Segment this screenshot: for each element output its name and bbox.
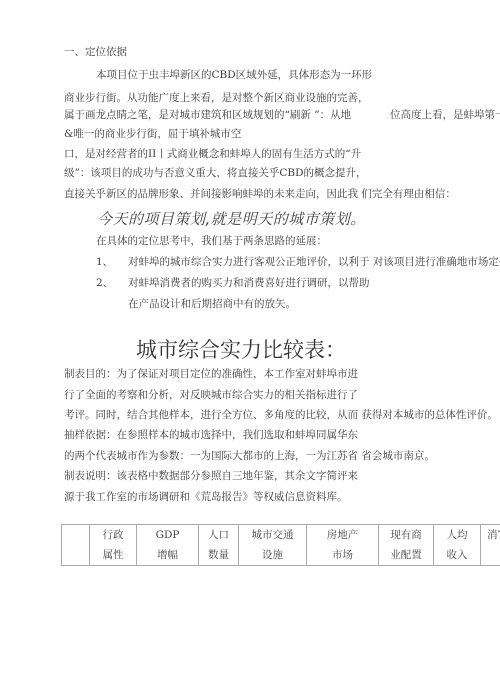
paragraph-line: 属于画龙点睛之笔，是对城市建筑和区域规划的“刷新 ”：从地 [64, 108, 351, 122]
comparison-line: 考评。同时，结合其他样本，进行全方位、多角度的比较，从而 获得对本城市的总体性评… [64, 408, 498, 422]
table-header-cell [62, 525, 90, 566]
comparison-table: 行政属性 GDP增幅 人口数量 城市交通设施 房地产市场 现有商业配置 人均收入… [61, 524, 500, 566]
table-header-cell: 房地产市场 [307, 525, 379, 566]
table-header-cell: 城市交通设施 [239, 525, 307, 566]
table-header-cell: 现有商业配置 [379, 525, 434, 566]
comparison-line: 的两个代表城市作为参数：一为国际大都市的上海，一为江苏省 省会城市南京。 [64, 449, 435, 463]
table-header-cell: 人口数量 [199, 525, 239, 566]
paragraph-line: 级”：该项目的成功与否意义重大，将直接关乎CBD的概念提升， [64, 166, 367, 180]
list-item-text: 对蚌埠消费者的购买力和消费喜好进行调研，以帮助 [128, 276, 370, 290]
comparison-line: 抽样依据：在参照样本的城市选择中，我们选取和蚌埠同属华东 [64, 428, 358, 442]
paragraph-line: &唯一的商业步行街，屈于填补城市空 [64, 127, 241, 141]
list-item-continuation: 在产品设计和后期招商中有的放矢。 [128, 297, 296, 311]
table-header-cell: 人均收入 [434, 525, 481, 566]
intro-line: 在具体的定位思考中，我们基于两条思路的延展： [96, 234, 327, 248]
list-number: 1、 [96, 255, 113, 269]
comparison-line: 行了全面的考察和分析，对反映城市综合实力的相关指标进行了 [64, 388, 358, 402]
comparison-line: 制表目的：为了保证对项目定位的准确性，本工作室对蚌埠市进 [64, 367, 358, 381]
comparison-line: 源于我工作室的市场调研和《荒岛报告》等权威信息资料库。 [64, 490, 348, 504]
paragraph-line: 本项目位于虫丰埠新区的CBD区域外延，具体形态为一环形 [96, 68, 372, 82]
table-header-cell: 行政属性 [90, 525, 137, 566]
comparison-line: 制表说明：该表格中数据部分参照自三地年鉴，其余文字简评来 [64, 469, 358, 483]
paragraph-line: 商业步行街。从功能广度上来看，是对整个新区商业设施的完善， [64, 91, 369, 105]
section-heading: 一、定位依据 [64, 45, 127, 59]
paragraph-line: 口，是对经营者的II丨式商业概念和蚌埠人的固有生活方式的“升 [64, 147, 361, 161]
list-number: 2、 [96, 276, 113, 290]
comparison-title: 城市综合实力比较表： [136, 334, 346, 364]
slogan-quote: 今天的项目策划,就是明天的城市策划。 [97, 208, 366, 229]
paragraph-line: 位高度上看，是蚌埠第一 [390, 108, 500, 122]
paragraph-line: 直接关乎新区的品牌形象、并间接影响蚌埠的未来走向，因此我 们完全有理由相信： [64, 187, 456, 201]
table-header-row: 行政属性 GDP增幅 人口数量 城市交通设施 房地产市场 现有商业配置 人均收入… [62, 525, 500, 566]
table-header-cell: 消7 [481, 525, 500, 566]
table-header-cell: GDP增幅 [137, 525, 199, 566]
list-item-text: 对蚌埠的城市综合实力进行客观公正地评价，以利于 对该项目进行准确地市场定位； [128, 255, 500, 269]
